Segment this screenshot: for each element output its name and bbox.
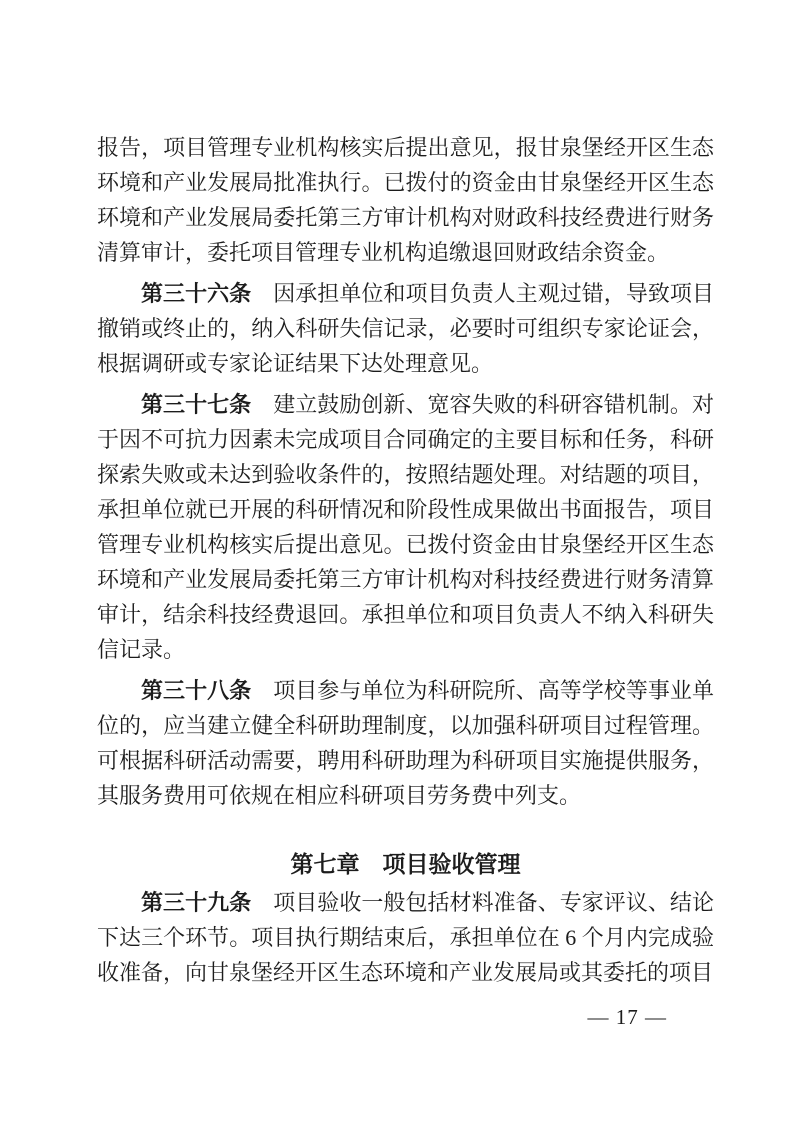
chapter-heading: 第七章项目验收管理	[97, 847, 714, 882]
article-36-paragraph: 第三十六条因承担单位和项目负责人主观过错，导致项目撤销或终止的，纳入科研失信记录…	[97, 276, 714, 381]
article-38-paragraph: 第三十八条项目参与单位为科研院所、高等学校等事业单位的，应当建立健全科研助理制度…	[97, 673, 714, 813]
document-page: 报告，项目管理专业机构核实后提出意见，报甘泉堡经开区生态环境和产业发展局批准执行…	[0, 0, 793, 1122]
article-37-term: 第三十七条	[141, 392, 251, 417]
paragraph-continuation: 报告，项目管理专业机构核实后提出意见，报甘泉堡经开区生态环境和产业发展局批准执行…	[97, 130, 714, 270]
article-37-text: 建立鼓励创新、宽容失败的科研容错机制。对于因不可抗力因素未完成项目合同确定的主要…	[97, 392, 714, 662]
chapter-title: 项目验收管理	[383, 852, 521, 877]
chapter-number: 第七章	[291, 852, 360, 877]
page-number: — 17 —	[588, 1003, 668, 1031]
article-37-paragraph: 第三十七条建立鼓励创新、宽容失败的科研容错机制。对于因不可抗力因素未完成项目合同…	[97, 387, 714, 667]
article-38-term: 第三十八条	[141, 678, 251, 703]
document-text-block: 报告，项目管理专业机构核实后提出意见，报甘泉堡经开区生态环境和产业发展局批准执行…	[97, 130, 714, 996]
paragraph-text: 报告，项目管理专业机构核实后提出意见，报甘泉堡经开区生态环境和产业发展局批准执行…	[97, 135, 714, 265]
article-39-paragraph: 第三十九条项目验收一般包括材料准备、专家评议、结论下达三个环节。项目执行期结束后…	[97, 885, 714, 990]
article-39-term: 第三十九条	[141, 890, 251, 915]
article-36-term: 第三十六条	[141, 281, 251, 306]
